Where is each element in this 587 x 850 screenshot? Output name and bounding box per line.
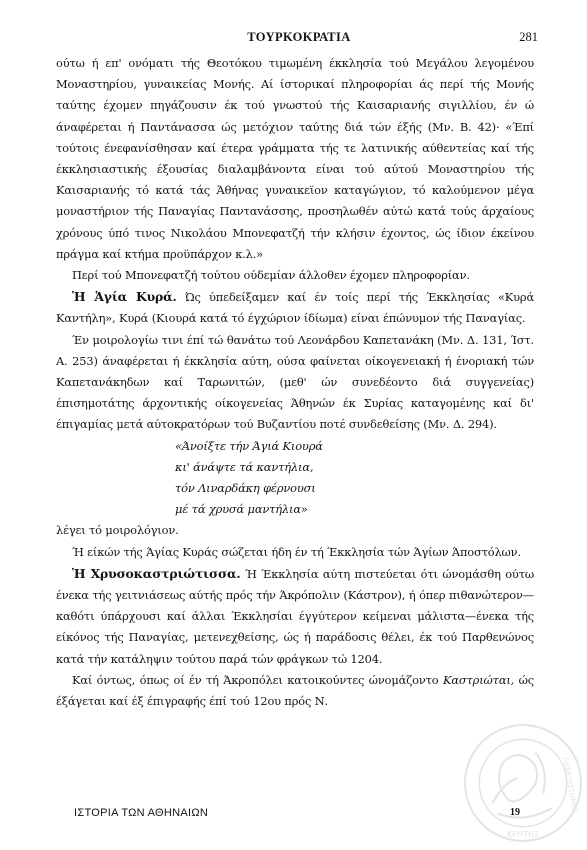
poem-line: τόν Λιναρδάκη φέρνουσι bbox=[175, 478, 534, 499]
svg-text:ΚΡΗΤΗΣ: ΚΡΗΤΗΣ bbox=[507, 829, 540, 839]
poem-line: κι' άνάψτε τά καντήλια, bbox=[175, 457, 534, 478]
section-heading-chrysokastriotissa: Ἡ Χρυσοκαστριώτισσα. bbox=[72, 566, 241, 581]
paragraph-boniface: Περί τού Μπονεφατζή τούτου ούδεμίαν άλλο… bbox=[56, 265, 534, 286]
paragraph-poem-attribution: λέγει τό μοιρολόγιον. bbox=[56, 520, 534, 541]
paragraph-icon: Ή είκών τής Άγίας Κυράς σώζεται ήδη έν τ… bbox=[56, 542, 534, 563]
footer-signature: ΙΣΤΟΡΙΑ ΤΩΝ ΑΘΗΝΑΙΩΝ 19 bbox=[74, 807, 520, 823]
italic-term: Καστριώται, bbox=[443, 673, 514, 687]
page-number: 281 bbox=[519, 30, 538, 45]
paragraph-chrysokastriotissa: Ἡ Χρυσοκαστριώτισσα. Ή Έκκλησία αύτη πισ… bbox=[56, 563, 534, 670]
running-head: ΤΟΥΡΚΟΚΡΑΤΙΑ 281 bbox=[60, 30, 538, 48]
university-stamp-icon: ΚΡΗΤΗΣ ΠΑΝΕΠΙΣΤΗΜΙΟ bbox=[462, 722, 584, 844]
running-title: ΤΟΥΡΚΟΚΡΑΤΙΑ bbox=[60, 30, 538, 45]
signature-title: ΙΣΤΟΡΙΑ ΤΩΝ ΑΘΗΝΑΙΩΝ bbox=[74, 807, 208, 819]
svg-text:ΠΑΝΕΠΙΣΤΗΜΙΟ: ΠΑΝΕΠΙΣΤΗΜΙΟ bbox=[561, 756, 580, 813]
paragraph-text: Ή Έκκλησία αύτη πιστεύεται ότι ώνομάσθη … bbox=[56, 567, 534, 666]
poem-line: μέ τά χρυσά μαντήλια» bbox=[175, 499, 534, 520]
paragraph-continuation: ούτω ή επ' ονόματι τής Θεοτόκου τιμωμένη… bbox=[56, 53, 534, 265]
text-body: ούτω ή επ' ονόματι τής Θεοτόκου τιμωμένη… bbox=[56, 53, 534, 712]
paragraph-kastriotai: Καί όντως, όπως οί έν τή Άκροπόλει κατοι… bbox=[56, 670, 534, 712]
section-heading-agia-kyra: Ἡ Ἁγία Κυρά. bbox=[72, 289, 177, 304]
paragraph-agia-kyra: Ἡ Ἁγία Κυρά. Ώς ύπεδείξαμεν καί έν τοίς … bbox=[56, 286, 534, 329]
paragraph-lament: Έν μοιρολογίω τινι έπί τώ θανάτω τού Λεο… bbox=[56, 330, 534, 436]
poem-quote: «Άνοίξτε τήν Άγιά Κιουρά κι' άνάψτε τά κ… bbox=[175, 436, 534, 521]
paragraph-text: Καί όντως, όπως οί έν τή Άκροπόλει κατοι… bbox=[72, 673, 443, 687]
poem-line: «Άνοίξτε τήν Άγιά Κιουρά bbox=[175, 436, 534, 457]
document-page: ΤΟΥΡΚΟΚΡΑΤΙΑ 281 ούτω ή επ' ονόματι τής … bbox=[0, 0, 587, 850]
